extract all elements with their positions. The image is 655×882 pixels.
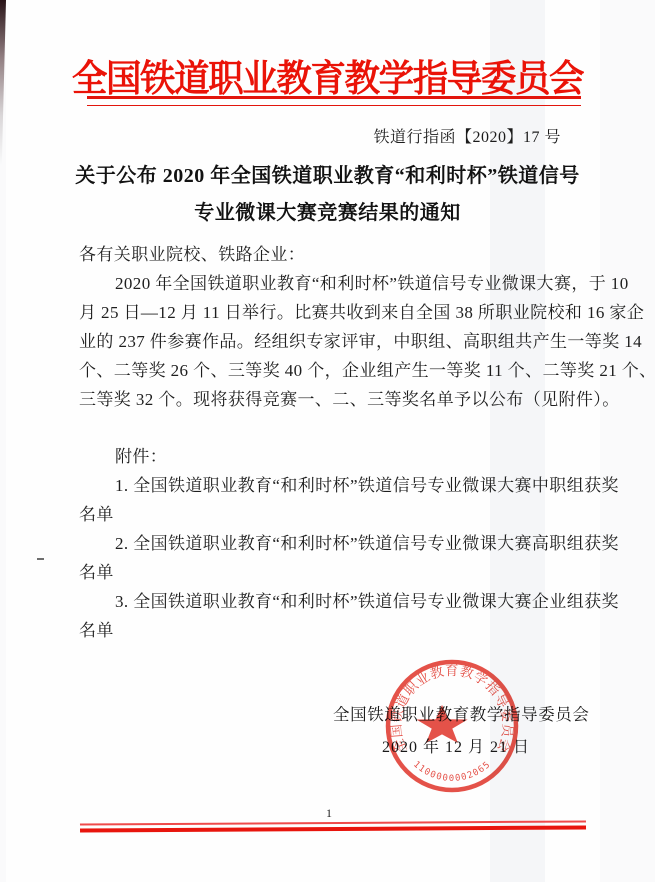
notice-title-line-2: 专业微课大赛竞赛结果的通知 (0, 196, 655, 225)
attachment-line: 2. 全国铁道职业教育“和利时杯”铁道信号专业微课大赛高职组获奖 (79, 529, 587, 558)
body-line: 三等奖 32 个。现将获得竞赛一、二、三等奖名单予以公布（见附件）。 (79, 385, 587, 414)
salutation-line: 各有关职业院校、铁路企业： (79, 240, 587, 269)
seal-ring-text-holder: 全国铁道职业教育教学指导委员会 (388, 662, 516, 755)
letterhead-divider-rule (87, 96, 581, 106)
notice-body: 各有关职业院校、铁路企业： 2020 年全国铁道职业教育“和利时杯”铁道信号专业… (79, 240, 587, 414)
body-line: 2020 年全国铁道职业教育“和利时杯”铁道信号专业微课大赛，于 10 (79, 269, 587, 298)
attachments-label: 附件： (79, 442, 587, 471)
seal-star-icon (416, 705, 467, 743)
scan-smudge-artifact (37, 558, 44, 560)
attachments-section: 附件： 1. 全国铁道职业教育“和利时杯”铁道信号专业微课大赛中职组获奖 名单 … (79, 442, 587, 645)
scan-edge-artifact (0, 0, 6, 165)
attachment-line: 名单 (79, 616, 587, 645)
official-seal: 全国铁道职业教育教学指导委员会 1100000002065 (384, 655, 524, 797)
letterhead-org-title: 全国铁道职业教育教学指导委员会 (13, 48, 642, 102)
notice-title-line-1: 关于公布 2020 年全国铁道职业教育“和利时杯”铁道信号 (0, 159, 655, 188)
seal-ring-text: 全国铁道职业教育教学指导委员会 (388, 662, 516, 755)
attachment-line: 名单 (79, 558, 587, 587)
footer-divider-rules (80, 820, 586, 832)
attachment-line: 3. 全国铁道职业教育“和利时杯”铁道信号专业微课大赛企业组获奖 (79, 587, 587, 616)
body-line: 业的 237 件参赛作品。经组织专家评审，中职组、高职组共产生一等奖 14 (79, 327, 587, 356)
scanned-notice-document: 全国铁道职业教育教学指导委员会 铁道行指函【2020】17 号 关于公布 202… (0, 0, 655, 882)
body-line: 个、二等奖 26 个、三等奖 40 个，企业组产生一等奖 11 个、二等奖 21… (79, 356, 587, 385)
seal-code-holder: 1100000002065 (411, 760, 493, 784)
attachment-line: 1. 全国铁道职业教育“和利时杯”铁道信号专业微课大赛中职组获奖 (79, 471, 587, 500)
document-number: 铁道行指函【2020】17 号 (373, 124, 561, 147)
body-line: 月 25 日—12 月 11 日举行。比赛共收到来自全国 38 所职业院校和 1… (79, 298, 587, 327)
attachment-line: 名单 (79, 500, 587, 529)
seal-code: 1100000002065 (411, 760, 493, 784)
page-number: 1 (326, 806, 332, 821)
